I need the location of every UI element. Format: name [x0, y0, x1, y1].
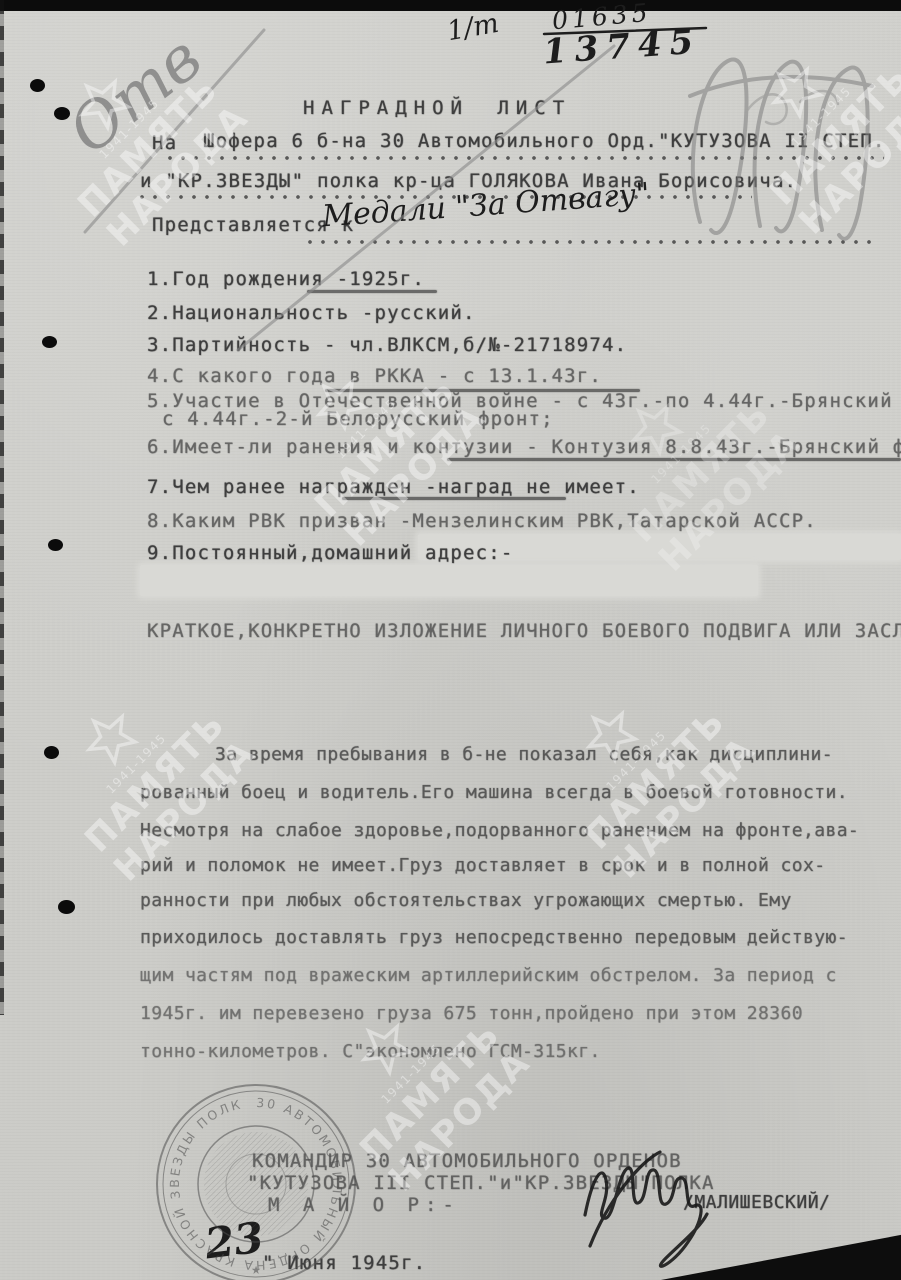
dotted-line [168, 156, 884, 160]
section-heading: КРАТКОЕ,КОНКРЕТНО ИЗЛОЖЕНИЕ ЛИЧНОГО БОЕВ… [147, 620, 901, 642]
memory-naroda-watermark: 1941-1945 ПАМЯТЬ НАРОДА [712, 7, 901, 244]
underline [342, 497, 566, 500]
scan-edge-left [0, 0, 4, 1015]
field-number: 8. [147, 510, 172, 532]
field-value: -наград не имеет. [425, 476, 640, 498]
registry-prefix: 1/т [445, 8, 501, 48]
date-day-handwritten: 23 [202, 1213, 266, 1269]
field-value: - с 43г.-по 4.44г.-Брянский фронт [551, 390, 901, 412]
field-label: Чем ранее награжден [172, 476, 425, 498]
field-label: Партийность [172, 334, 324, 356]
underline [447, 458, 901, 461]
hole-punch [42, 336, 57, 348]
field-number: 3. [147, 334, 172, 356]
watermark-years: 1941-1945 [753, 48, 890, 185]
field-number: 2. [147, 302, 172, 324]
commander-rank: М А Й О Р:- [268, 1194, 460, 1216]
body-line: Несмотря на слабое здоровье,подорванного… [140, 820, 859, 841]
commander-line2: "КУТУЗОВА III СТЕП."и"КР.ЗВЕЗДЫ"ПОЛКА [247, 1172, 715, 1194]
field-number: 4. [147, 365, 172, 387]
field-value: -1925г. [337, 268, 425, 290]
body-line: рий и поломок не имеет.Груз доставляет в… [140, 855, 825, 876]
hole-punch [58, 900, 75, 914]
field-number: 6. [147, 436, 172, 458]
date-typed: " Июня 1945г. [262, 1252, 426, 1274]
field-row-home-address: 9.Постоянный,домашний адрес:- [147, 542, 514, 564]
field-row-drafted-by: 8.Каким РВК призван -Мензелинским РВК,Та… [147, 510, 817, 532]
body-line: рованный боец и водитель.Его машина всег… [140, 782, 848, 803]
field-label: С какого года в РККА [172, 365, 437, 387]
addressee-prefix: На [152, 132, 177, 154]
watermark-years: 1941-1945 [68, 695, 205, 832]
field-number: 1. [147, 268, 172, 290]
watermark-word: ПАМЯТЬ [353, 1015, 509, 1171]
field-row-birth-year: 1.Год рождения -1925г. [147, 268, 425, 290]
body-line: приходилось доставлять груз непосредстве… [140, 927, 848, 948]
signer-name: /МАЛИШЕВСКИЙ/ [683, 1192, 830, 1213]
body-line: тонно-километров. С"экономлено ГСМ-315кг… [140, 1041, 601, 1062]
field-row-party: 3.Партийность - чл.ВЛКСМ,б/№-21718974. [147, 334, 627, 356]
body-line: За время пребывания в б-не показал себя,… [215, 744, 833, 765]
field-row-rkka-since: 4.С какого года в РККА - с 13.1.43г. [147, 365, 602, 387]
document-title: НАГРАДНОЙ ЛИСТ [303, 97, 571, 119]
field-number: 7. [147, 476, 172, 498]
field-label: Имеет-ли ранения и контузии [172, 436, 526, 458]
scan-edge-top [0, 0, 901, 11]
field-value: - с 13.1.43г. [438, 365, 602, 387]
field-row-previous-awards: 7.Чем ранее награжден -наград не имеет. [147, 476, 640, 498]
scan-edge-corner [640, 1225, 901, 1280]
star-icon [70, 697, 152, 779]
star-icon [755, 50, 837, 132]
scanned-award-document: 1/т 01635 13745 Отв НАГРАДНОЙ ЛИСТ На Шо… [0, 0, 901, 1280]
memory-naroda-watermark: 1941-1945 ПАМЯТЬ НАРОДА [527, 651, 764, 888]
field-value: -Мензелинским РВК,Татарской АССР. [400, 510, 817, 532]
field-label: Год рождения [172, 268, 336, 290]
hole-punch [44, 746, 59, 759]
body-line: ранности при любых обстоятельствах угрож… [140, 890, 792, 911]
field-label: Национальность [172, 302, 362, 324]
field-label: Каким РВК призван [172, 510, 400, 532]
field-label: Постоянный,домашний адрес:- [172, 542, 513, 564]
field-value: -русский. [362, 302, 476, 324]
field-value: - Контузия 8.8.43г.-Брянский фронт [526, 436, 901, 458]
body-line: 1945г. им перевезено груза 675 тонн,прой… [140, 1003, 803, 1024]
pencil-initials: Отв [55, 21, 215, 168]
dotted-line [308, 240, 880, 244]
body-line: щим частям под вражеским артиллерийским … [140, 965, 837, 986]
redaction-bar [140, 565, 758, 596]
watermark-years: 1941-1945 [343, 1005, 480, 1142]
field-value: - чл.ВЛКСМ,б/№-21718974. [324, 334, 627, 356]
field-row-war-participation-cont: с 4.44г.-2-й Белорусский фронт; [162, 408, 554, 430]
field-row-nationality: 2.Национальность -русский. [147, 302, 476, 324]
hole-punch [48, 539, 63, 551]
hole-punch [30, 79, 45, 92]
underline [307, 290, 437, 293]
field-row-wounds: 6.Имеет-ли ранения и контузии - Контузия… [147, 436, 901, 458]
commander-line1: КОМАНДИР 30 АВТОМОБИЛЬНОГО ОРДЕНОВ [252, 1150, 682, 1172]
watermark-word: НАРОДА [792, 87, 901, 243]
addressee-line1: Шофера 6 б-на 30 Автомобильного Орд."КУТ… [203, 130, 886, 152]
field-number: 9. [147, 542, 172, 564]
